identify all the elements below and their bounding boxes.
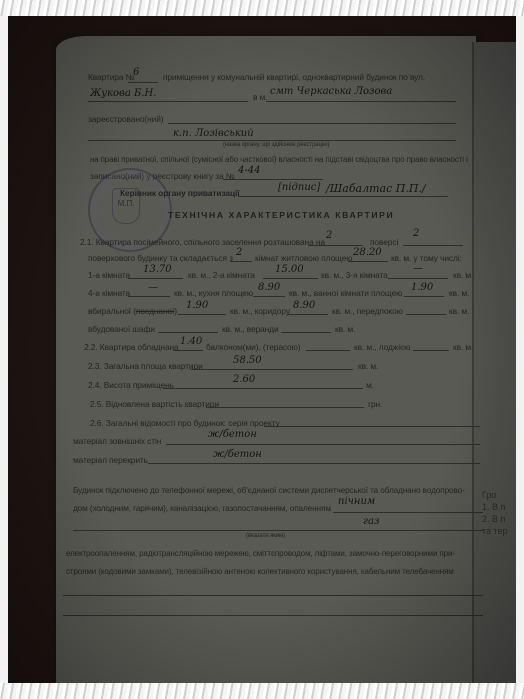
field-line <box>128 82 158 83</box>
adjacent-page-text: 1. В п <box>482 502 505 512</box>
balcony-value: 1.40 <box>180 336 202 347</box>
s21-rooms: 2 <box>236 247 242 258</box>
field-line <box>166 444 480 445</box>
field-line <box>266 101 456 102</box>
ceiling-label: матеріал перекрить <box>73 455 148 465</box>
s21-floor: 2 <box>326 230 332 241</box>
field-line <box>191 369 353 370</box>
field-line <box>388 278 448 279</box>
field-line <box>128 296 170 297</box>
closet-label: вбудованої шафи <box>88 324 155 334</box>
unit-label: кв. м. <box>453 342 473 352</box>
room4-value: — <box>148 282 158 293</box>
utilities-line3: електроопаленням, радіотрансляційною мер… <box>66 549 455 558</box>
utilities-line4: строями (кодовими замками), телевізійною… <box>66 567 454 576</box>
unit-label: кв. м. <box>335 324 355 334</box>
unit-label: кв. м. <box>453 270 473 280</box>
field-line <box>148 463 480 464</box>
s26-label: 2.6. Загальні відомості про будинок: сер… <box>90 418 280 428</box>
field-line <box>173 350 203 351</box>
toilet-value: 1.90 <box>186 300 208 311</box>
field-line <box>88 140 456 141</box>
kitchen-label: кв. м., кухня площею <box>174 288 253 298</box>
s21-label-a: 2.1. Квартира посімейного, спільного зас… <box>80 237 325 247</box>
heating-value: пічним <box>338 496 375 507</box>
adjacent-page-text: Гро <box>482 490 496 500</box>
room1-label: 1-а кімната <box>88 270 130 280</box>
corridor-value: 8.90 <box>293 300 315 311</box>
apartment-label: Квартира № <box>88 72 135 82</box>
photo-frame: Гро 1. В п 2. В п та тер Квартира № 6 пр… <box>0 0 524 699</box>
field-line <box>63 595 483 596</box>
s22-label-a: 2.2. Квартира обладнана <box>84 342 179 352</box>
walls-label: матеріал зовнішніх стін <box>73 436 161 446</box>
section-title: ТЕХНІЧНА ХАРАКТЕРИСТИКА КВАРТИРИ <box>168 210 394 220</box>
s21-label-d: кімнат житловою площею <box>255 253 352 263</box>
field-line <box>158 332 218 333</box>
field-line <box>128 278 183 279</box>
field-line <box>413 350 449 351</box>
toilet-struck-text: поєднаної <box>136 306 174 316</box>
room3-value: — <box>413 263 423 274</box>
field-line <box>206 407 364 408</box>
s24-label: 2.4. Висота приміщень <box>88 380 174 390</box>
unit-label: кв. м. <box>449 306 469 316</box>
s21-label-c: поверхового будинку та складається з <box>88 253 233 263</box>
utilities-line2-label: дом (холодним, гарячим), каналізацією, г… <box>73 504 331 513</box>
field-line <box>288 314 328 315</box>
field-line <box>230 261 252 262</box>
field-line <box>404 296 444 297</box>
s23-label: 2.3. Загальна площа квартири <box>88 361 203 371</box>
frame-edge-bottom <box>0 683 524 699</box>
room2-value: 15.00 <box>275 264 304 275</box>
adjacent-page-text: 2. В п <box>482 514 505 524</box>
veranda-label: кв. м., веранди <box>222 324 279 334</box>
room4-label: 4-а кімната <box>88 288 130 298</box>
kitchen-value: 8.90 <box>258 282 280 293</box>
adjacent-page-text: та тер <box>482 526 508 536</box>
reg-book-no: 4-44 <box>238 165 260 176</box>
heating-value-2: газ <box>363 516 379 527</box>
field-line <box>281 332 331 333</box>
toilet-label-text: вбиральної ( <box>88 306 136 316</box>
field-line <box>163 388 363 389</box>
adjacent-page <box>472 42 516 683</box>
field-line <box>403 245 463 246</box>
field-line <box>63 615 483 616</box>
s21-floors-total: 2 <box>413 228 419 239</box>
room2-label: кв. м., 2-а кімната <box>188 270 255 280</box>
head-signature: [підпис] <box>278 182 320 193</box>
unit-label: кв. м. <box>449 288 469 298</box>
s21-living-area: 28.20 <box>353 247 382 258</box>
bath-value: 1.90 <box>411 282 433 293</box>
field-line <box>178 314 226 315</box>
hall-label: кв. м., передпокою <box>332 306 403 316</box>
field-line <box>73 530 483 531</box>
field-line <box>168 123 456 124</box>
field-line <box>88 101 248 102</box>
s22-label-b: балконом(ми), (терасою) <box>206 342 301 352</box>
head-label: Керівник органу приватизації <box>120 188 240 198</box>
utilities-line1: Будинок підключено до телефонної мережі,… <box>73 486 465 495</box>
total-area-value: 58.50 <box>233 355 262 366</box>
s21-label-e: кв. м. у тому числі: <box>391 253 462 263</box>
walls-value: ж/бетон <box>208 429 257 440</box>
apartment-no: 6 <box>133 67 139 78</box>
field-line <box>238 196 448 197</box>
field-line <box>306 350 350 351</box>
field-line <box>348 261 388 262</box>
field-line <box>253 296 285 297</box>
field-line <box>263 278 318 279</box>
heating-caption: (вказати яким) <box>246 533 285 539</box>
field-line <box>223 179 323 180</box>
s24-unit: м. <box>366 380 374 390</box>
s25-unit: грн. <box>368 399 382 409</box>
s23-unit: кв. м. <box>358 361 378 371</box>
corridor-label: кв. м., коридору <box>230 306 290 316</box>
ceiling-value: ж/бетон <box>213 449 262 460</box>
field-line <box>264 426 480 427</box>
registered-value: к.п. Лозівський <box>173 128 254 139</box>
bath-label: кв. м., ванної кімнати площею <box>289 288 402 298</box>
registered-label: зареєстровано(ний) <box>88 114 163 124</box>
s21-label-b: поверсі <box>370 237 398 247</box>
toilet-label: вбиральної (поєднаної) <box>88 306 177 316</box>
street-value: Жукова Б.Н. <box>90 88 156 99</box>
ownership-text: на праві приватної, спільної (сумісної а… <box>90 155 468 164</box>
registered-caption: (назва органу, що здійснює реєстрацію) <box>223 142 329 148</box>
premises-label: приміщення у комунальній квартирі, однок… <box>163 72 425 82</box>
field-line <box>308 245 363 246</box>
room3-label: кв. м., 3-я кімната <box>321 270 388 280</box>
s25-label: 2.5. Відновлена вартість квартири <box>90 399 219 409</box>
document-page <box>56 36 476 683</box>
field-line <box>333 512 483 513</box>
room1-value: 13.70 <box>143 264 172 275</box>
toilet-label-end: ) <box>174 306 177 316</box>
height-value: 2.60 <box>233 374 255 385</box>
document-photo: Гро 1. В п 2. В п та тер Квартира № 6 пр… <box>8 16 516 683</box>
city-value: смт Черкаська Лозова <box>270 86 392 97</box>
field-line <box>406 314 446 315</box>
s22-label-c: кв. м., лоджією <box>354 342 410 352</box>
head-name: /Шабалтас П.П./ <box>326 182 426 195</box>
frame-edge-top <box>0 0 524 16</box>
